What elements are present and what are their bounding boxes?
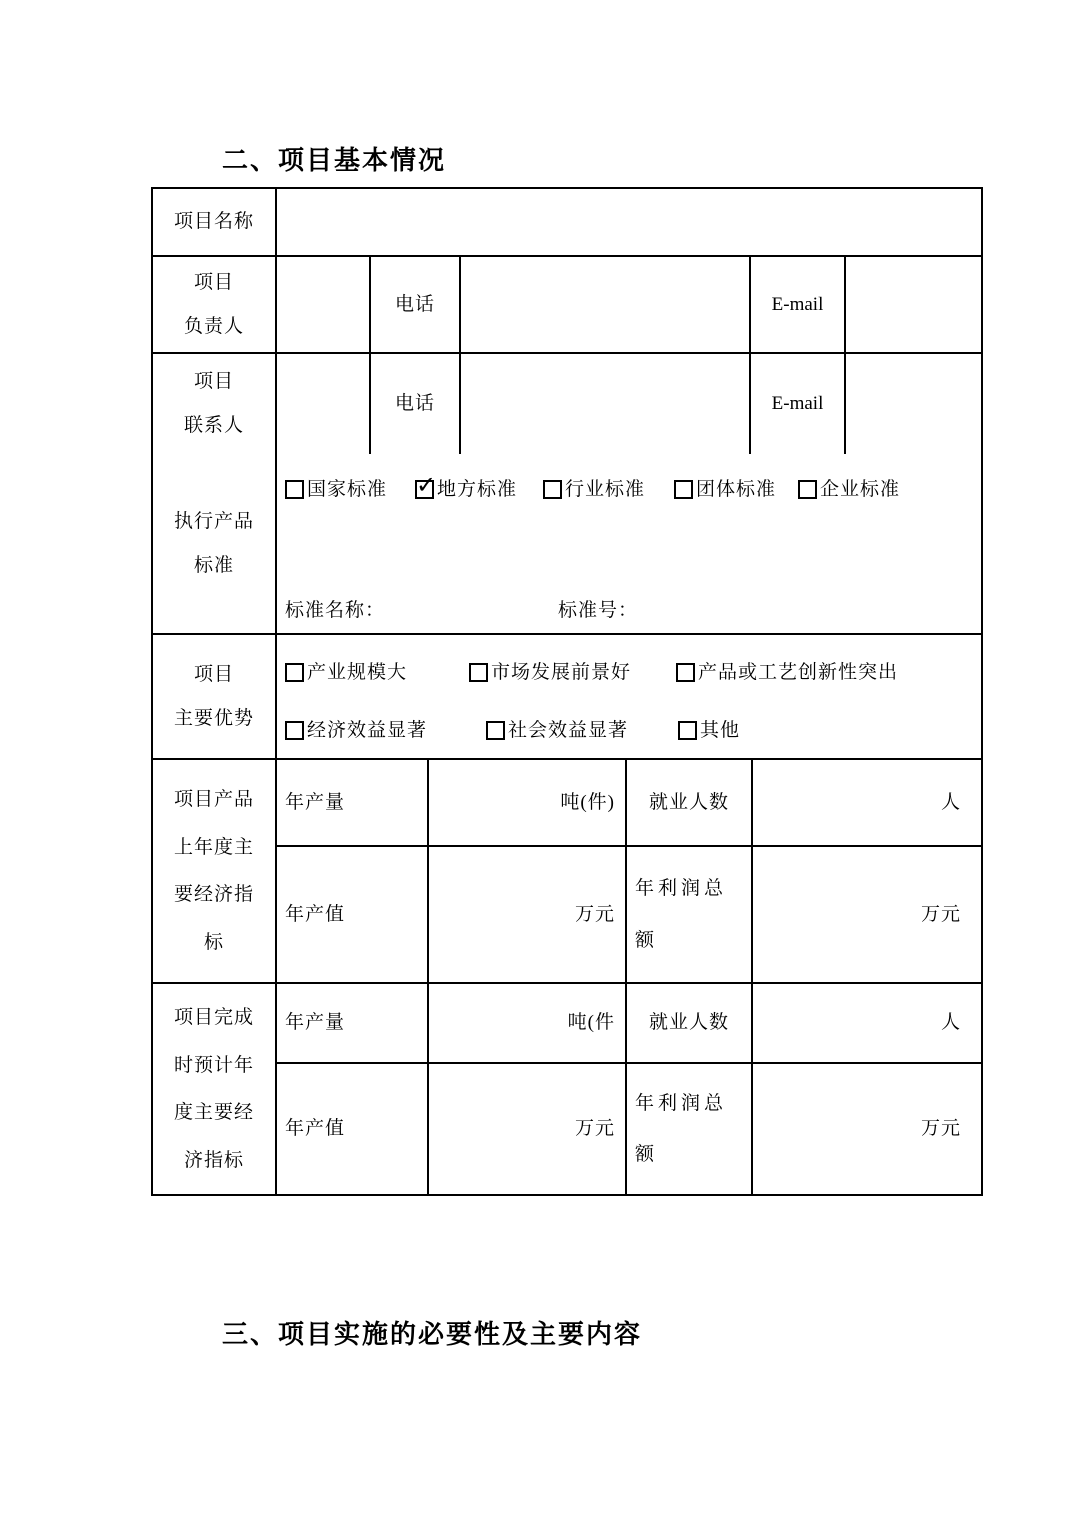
project-info-table: 项目名称 项目 负责人 电话 E-mail 项目 联系人	[151, 187, 983, 1196]
project-name-input-cell[interactable]	[277, 189, 981, 255]
completion-output-label: 年产量	[285, 1011, 345, 1035]
prev-metrics-label-line2: 上年度主	[174, 824, 254, 872]
row-product-standards: 执行产品 标准 ✓ 国家标准 ✓ 地方标准	[153, 454, 981, 635]
prev-profit-label-cell: 年利润总额	[627, 847, 753, 982]
leader-label-line2: 负责人	[184, 305, 244, 349]
contact-label-line2: 联系人	[184, 404, 244, 448]
prev-value-label: 年产值	[285, 903, 345, 927]
prev-employment-value-cell[interactable]: 人	[753, 760, 981, 845]
standard-name-label: 标准名称：	[285, 600, 385, 621]
checkbox-national-standard-label: 国家标准	[307, 478, 387, 502]
checkbox-item-industry-scale[interactable]: ✓ 产业规模大	[285, 661, 469, 685]
checkbox-economic-benefit-icon[interactable]: ✓	[285, 721, 304, 740]
contact-phone-input-cell[interactable]	[461, 354, 751, 454]
contact-email-label: E-mail	[772, 392, 824, 416]
checkbox-group-standard-label: 团体标准	[696, 478, 776, 502]
checkbox-group-standard-icon[interactable]: ✓	[674, 480, 693, 499]
completion-metrics-label-line4: 济指标	[184, 1137, 244, 1185]
section-heading-necessity: 三、项目实施的必要性及主要内容	[222, 1314, 642, 1351]
completion-employment-value-cell[interactable]: 人	[753, 984, 981, 1062]
row-prev-year-metrics: 项目产品 上年度主 要经济指 标 年产量 吨(件) 就业人数	[153, 760, 981, 984]
leader-email-input-cell[interactable]	[846, 257, 981, 352]
prev-metrics-grid: 年产量 吨(件) 就业人数 人 年产值	[277, 760, 981, 982]
completion-metrics-label-line3: 度主要经	[174, 1089, 254, 1137]
checkbox-industry-standard-icon[interactable]: ✓	[543, 480, 562, 499]
advantages-label-line1: 项目	[194, 653, 234, 697]
checkbox-item-national-standard[interactable]: ✓ 国家标准	[285, 478, 415, 502]
checkbox-other-label: 其他	[700, 719, 740, 743]
prev-profit-unit: 万元	[921, 903, 961, 927]
standards-content-cell: ✓ 国家标准 ✓ 地方标准 ✓ 行业标准	[277, 454, 981, 633]
leader-label-cell: 项目 负责人	[153, 257, 277, 352]
checkbox-social-benefit-icon[interactable]: ✓	[486, 721, 505, 740]
completion-employment-label: 就业人数	[649, 1011, 729, 1035]
completion-output-value-cell[interactable]: 吨(件	[429, 984, 627, 1062]
completion-metrics-label-cell: 项目完成 时预计年 度主要经 济指标	[153, 984, 277, 1194]
leader-name-input-cell[interactable]	[277, 257, 371, 352]
checkbox-item-market-prospect[interactable]: ✓ 市场发展前景好	[469, 661, 676, 685]
leader-email-label: E-mail	[772, 293, 824, 317]
checkbox-local-standard-label: 地方标准	[437, 478, 517, 502]
prev-employment-label-cell: 就业人数	[627, 760, 753, 845]
completion-employment-label-cell: 就业人数	[627, 984, 753, 1062]
completion-metrics-subrow-1: 年产量 吨(件 就业人数 人	[277, 984, 981, 1064]
prev-employment-unit: 人	[941, 791, 961, 815]
row-completion-metrics: 项目完成 时预计年 度主要经 济指标 年产量 吨(件 就业人数	[153, 984, 981, 1194]
project-name-label-cell: 项目名称	[153, 189, 277, 255]
completion-metrics-subrow-2: 年产值 万元 年利润总额 万元	[277, 1064, 981, 1194]
contact-label-cell: 项目 联系人	[153, 354, 277, 454]
prev-value-value-cell[interactable]: 万元	[429, 847, 627, 982]
prev-metrics-label-line4: 标	[204, 919, 224, 967]
standard-number-field[interactable]: 标准号：	[558, 599, 981, 623]
prev-value-unit: 万元	[575, 903, 615, 927]
prev-output-unit: 吨(件)	[560, 791, 615, 815]
completion-profit-label-cell: 年利润总额	[627, 1064, 753, 1194]
completion-value-value-cell[interactable]: 万元	[429, 1064, 627, 1194]
completion-employment-unit: 人	[941, 1011, 961, 1035]
checkbox-local-standard-icon[interactable]: ✓	[415, 480, 434, 499]
checkmark-icon: ✓	[416, 473, 436, 497]
completion-profit-label: 年利润总额	[635, 1078, 735, 1181]
completion-value-label: 年产值	[285, 1117, 345, 1141]
standard-number-label: 标准号：	[558, 600, 638, 621]
completion-value-label-cell: 年产值	[277, 1064, 429, 1194]
completion-metrics-label-line1: 项目完成	[174, 994, 254, 1042]
prev-metrics-label-line3: 要经济指	[174, 871, 254, 919]
checkbox-item-economic-benefit[interactable]: ✓ 经济效益显著	[285, 719, 486, 743]
checkbox-item-social-benefit[interactable]: ✓ 社会效益显著	[486, 719, 678, 743]
contact-phone-label-cell: 电话	[371, 354, 461, 454]
checkbox-industry-standard-label: 行业标准	[565, 478, 645, 502]
section-heading-basic-info: 二、项目基本情况	[222, 140, 446, 177]
checkbox-product-innovation-icon[interactable]: ✓	[676, 663, 695, 682]
row-project-contact: 项目 联系人 电话 E-mail	[153, 354, 981, 454]
prev-profit-label: 年利润总额	[635, 863, 735, 966]
prev-output-label-cell: 年产量	[277, 760, 429, 845]
prev-metrics-label-line1: 项目产品	[174, 776, 254, 824]
standards-options-row: ✓ 国家标准 ✓ 地方标准 ✓ 行业标准	[277, 478, 981, 502]
contact-name-input-cell[interactable]	[277, 354, 371, 454]
checkbox-product-innovation-label: 产品或工艺创新性突出	[698, 661, 898, 685]
contact-phone-label: 电话	[395, 392, 435, 416]
prev-metrics-subrow-1: 年产量 吨(件) 就业人数 人	[277, 760, 981, 847]
leader-phone-label: 电话	[395, 293, 435, 317]
leader-label-line1: 项目	[194, 261, 234, 305]
advantages-label-line2: 主要优势	[174, 697, 254, 741]
prev-profit-value-cell[interactable]: 万元	[753, 847, 981, 982]
prev-output-label: 年产量	[285, 791, 345, 815]
checkbox-market-prospect-icon[interactable]: ✓	[469, 663, 488, 682]
contact-email-input-cell[interactable]	[846, 354, 981, 454]
checkbox-market-prospect-label: 市场发展前景好	[491, 661, 631, 685]
advantages-options-row1: ✓ 产业规模大 ✓ 市场发展前景好 ✓ 产品或工艺创新性突出	[277, 661, 981, 685]
checkbox-social-benefit-label: 社会效益显著	[508, 719, 628, 743]
contact-label-line1: 项目	[194, 360, 234, 404]
advantages-label-cell: 项目 主要优势	[153, 635, 277, 758]
standards-label-line2: 标准	[194, 544, 234, 588]
checkbox-item-other[interactable]: ✓ 其他	[678, 719, 981, 743]
checkbox-item-local-standard[interactable]: ✓ 地方标准	[415, 478, 543, 502]
checkbox-enterprise-standard-icon[interactable]: ✓	[798, 480, 817, 499]
completion-profit-value-cell[interactable]: 万元	[753, 1064, 981, 1194]
contact-email-label-cell: E-mail	[751, 354, 846, 454]
completion-profit-unit: 万元	[921, 1117, 961, 1141]
leader-email-label-cell: E-mail	[751, 257, 846, 352]
advantages-content-cell: ✓ 产业规模大 ✓ 市场发展前景好 ✓ 产品或工艺创新性突出	[277, 635, 981, 758]
prev-output-value-cell[interactable]: 吨(件)	[429, 760, 627, 845]
standard-name-field[interactable]: 标准名称：	[285, 599, 558, 623]
project-name-label: 项目名称	[174, 200, 254, 244]
checkbox-enterprise-standard-label: 企业标准	[820, 478, 900, 502]
checkbox-industry-scale-icon[interactable]: ✓	[285, 663, 304, 682]
checkbox-item-product-innovation[interactable]: ✓ 产品或工艺创新性突出	[676, 661, 981, 685]
prev-metrics-label-cell: 项目产品 上年度主 要经济指 标	[153, 760, 277, 982]
leader-phone-label-cell: 电话	[371, 257, 461, 352]
checkbox-industry-scale-label: 产业规模大	[307, 661, 407, 685]
checkbox-other-icon[interactable]: ✓	[678, 721, 697, 740]
completion-output-label-cell: 年产量	[277, 984, 429, 1062]
checkbox-national-standard-icon[interactable]: ✓	[285, 480, 304, 499]
advantages-options-row2: ✓ 经济效益显著 ✓ 社会效益显著 ✓ 其他	[277, 719, 981, 743]
completion-metrics-grid: 年产量 吨(件 就业人数 人 年产值	[277, 984, 981, 1194]
leader-phone-input-cell[interactable]	[461, 257, 751, 352]
checkbox-item-industry-standard[interactable]: ✓ 行业标准	[543, 478, 674, 502]
checkbox-item-group-standard[interactable]: ✓ 团体标准	[674, 478, 798, 502]
completion-metrics-label-line2: 时预计年	[174, 1042, 254, 1090]
standards-name-row: 标准名称： 标准号：	[277, 599, 981, 623]
completion-output-unit: 吨(件	[568, 1011, 615, 1035]
prev-value-label-cell: 年产值	[277, 847, 429, 982]
completion-value-unit: 万元	[575, 1117, 615, 1141]
row-project-advantages: 项目 主要优势 ✓ 产业规模大 ✓ 市场发展前景好	[153, 635, 981, 760]
checkbox-item-enterprise-standard[interactable]: ✓ 企业标准	[798, 478, 981, 502]
prev-metrics-subrow-2: 年产值 万元 年利润总额 万元	[277, 847, 981, 982]
standards-label-line1: 执行产品	[174, 500, 254, 544]
row-project-leader: 项目 负责人 电话 E-mail	[153, 257, 981, 354]
document-page: 二、项目基本情况 项目名称 项目 负责人 电话 E-mail	[0, 0, 1074, 1520]
row-project-name: 项目名称	[153, 189, 981, 257]
standards-label-cell: 执行产品 标准	[153, 454, 277, 633]
checkbox-economic-benefit-label: 经济效益显著	[307, 719, 427, 743]
prev-employment-label: 就业人数	[649, 791, 729, 815]
